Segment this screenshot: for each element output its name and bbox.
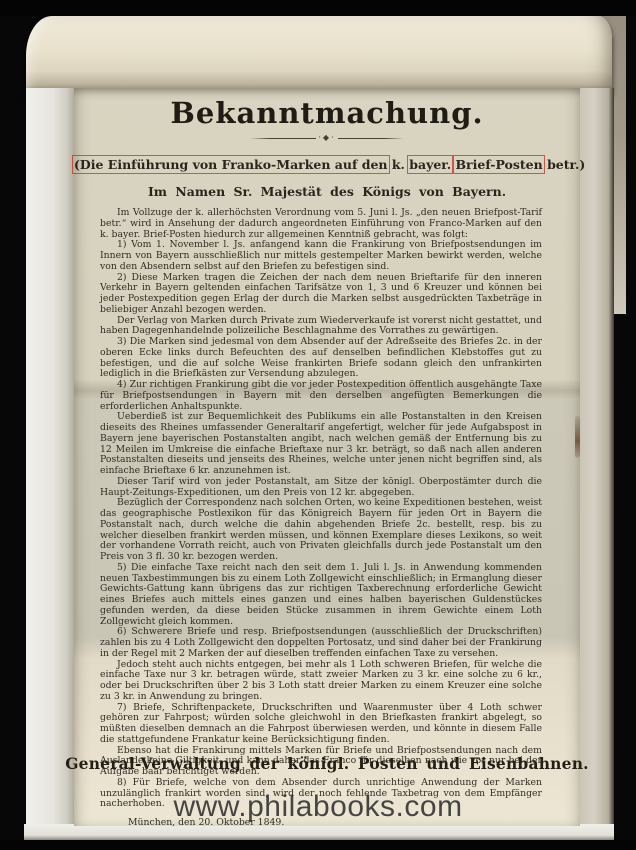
right-page-edge bbox=[578, 88, 614, 830]
photo-top-border bbox=[0, 0, 636, 16]
signature-line: General-Verwaltung der königl. Posten un… bbox=[65, 754, 589, 773]
paragraph: 2) Diese Marken tragen die Zeichen der n… bbox=[100, 273, 542, 316]
paragraph: Im Vollzuge der k. allerhöchsten Verordn… bbox=[100, 208, 542, 240]
paragraph: 5) Die einfache Taxe reicht nach den sei… bbox=[100, 563, 542, 628]
subject-red-segment: (Die Einführung von Franko-Marken auf de… bbox=[74, 157, 388, 172]
paragraph: 4) Zur richtigen Frankirung gibt die vor… bbox=[100, 380, 542, 412]
paragraph: 3) Die Marken sind jedesmal von dem Abse… bbox=[100, 337, 542, 380]
curled-page-top bbox=[26, 16, 612, 92]
document-body: Im Vollzuge der k. allerhöchsten Verordn… bbox=[100, 208, 542, 829]
subject-plain-segment: betr.) bbox=[547, 157, 585, 172]
paragraph: 1) Vom 1. November l. Js. anfangend kann… bbox=[100, 240, 542, 272]
royal-heading: Im Namen Sr. Majestät des Königs von Bay… bbox=[74, 184, 580, 199]
paragraph: 6) Schwerere Briefe und resp. Briefposts… bbox=[100, 627, 542, 659]
ornament-rule-right bbox=[338, 138, 404, 139]
watermark-text: www.philabooks.com bbox=[173, 790, 462, 824]
paragraph: Dieser Tarif wird von jeder Postanstalt,… bbox=[100, 477, 542, 499]
subject-plain-segment: k. bbox=[392, 157, 405, 172]
ornament-rule-left bbox=[250, 138, 316, 139]
paper-stain bbox=[575, 416, 580, 458]
subject-red-segment: Brief-Posten bbox=[455, 157, 542, 172]
document-title: Bekanntmachung. bbox=[74, 98, 580, 128]
paragraph: 7) Briefe, Schriftenpackete, Druckschrif… bbox=[100, 703, 542, 746]
photo-background: Bekanntmachung. ·◆· (Die Einführung von … bbox=[0, 0, 636, 850]
document-sheet: Bekanntmachung. ·◆· (Die Einführung von … bbox=[74, 88, 580, 826]
paragraph: Bezüglich der Correspondenz nach solchen… bbox=[100, 498, 542, 563]
left-page-edge bbox=[26, 88, 76, 830]
subject-red-segment: bayer. bbox=[409, 157, 451, 172]
paragraph: Ueberdieß ist zur Bequemlichkeit des Pub… bbox=[100, 412, 542, 477]
paragraph: Jedoch steht auch nichts entgegen, bei m… bbox=[100, 660, 542, 703]
subject-line: (Die Einführung von Franko-Marken auf de… bbox=[74, 157, 580, 172]
divider-ornament: ·◆· bbox=[74, 133, 580, 143]
ornament-diamond-icon: ·◆· bbox=[318, 134, 335, 142]
paragraph: Der Verlag von Marken durch Private zum … bbox=[100, 316, 542, 338]
photo-bottom-border bbox=[0, 840, 636, 850]
